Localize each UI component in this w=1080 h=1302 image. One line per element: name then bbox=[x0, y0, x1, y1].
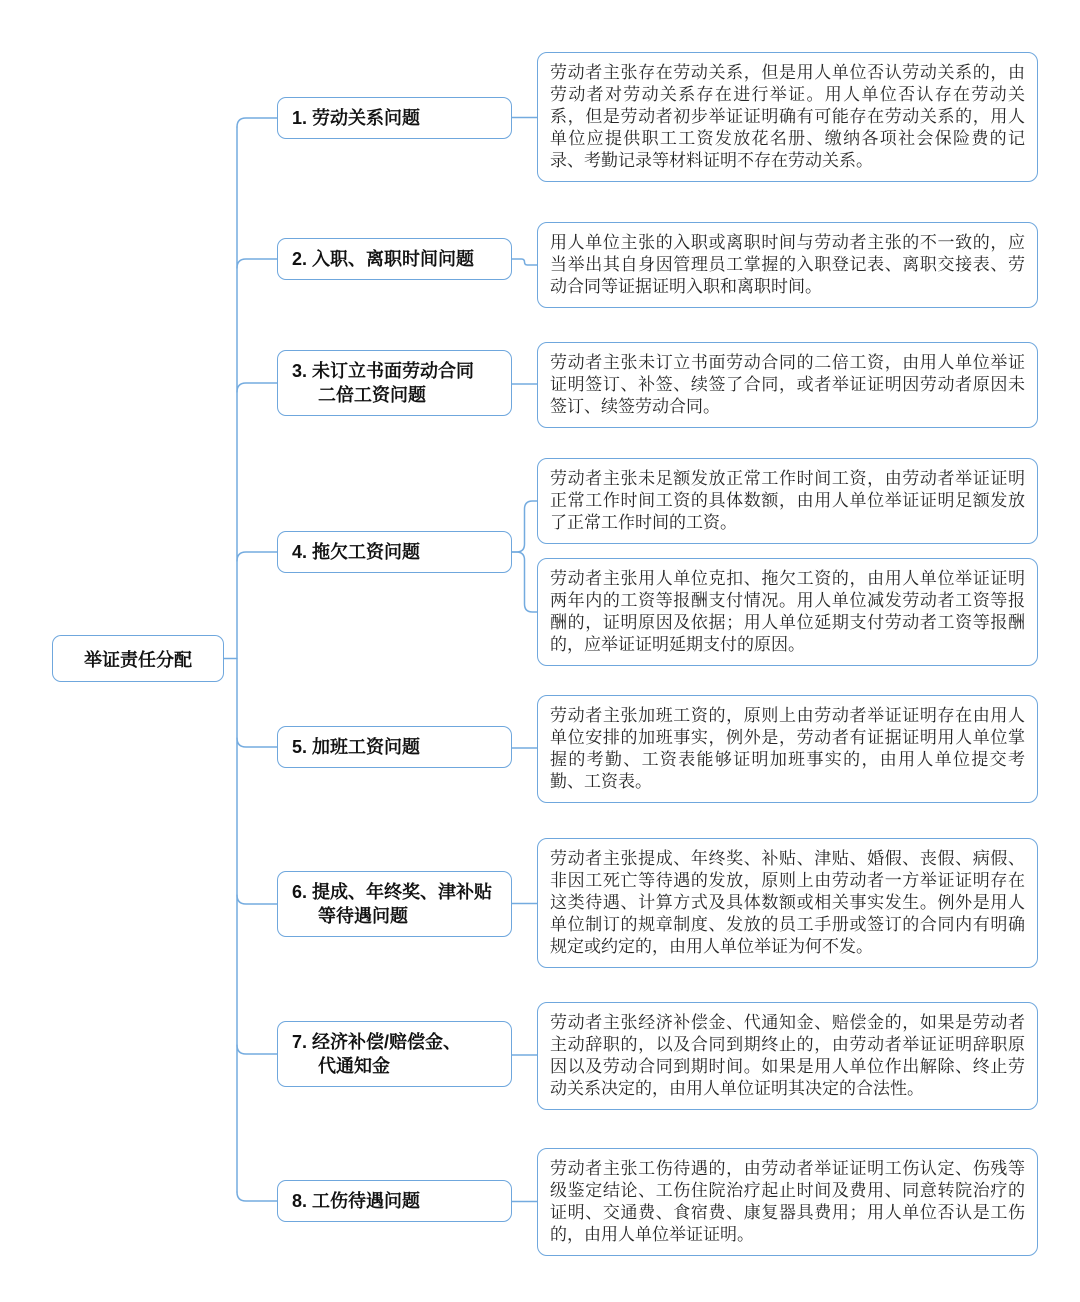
note-box-4b: 劳动者主张用人单位克扣、拖欠工资的，由用人单位举证证明两年内的工资等报酬支付情况… bbox=[537, 558, 1038, 666]
branch-node-2: 2. 入职、离职时间问题 bbox=[277, 238, 512, 280]
note-box-8: 劳动者主张工伤待遇的，由劳动者举证证明工伤认定、伤残等级鉴定结论、工伤住院治疗起… bbox=[537, 1148, 1038, 1256]
branch-node-8: 8. 工伤待遇问题 bbox=[277, 1180, 512, 1222]
note-box-6: 劳动者主张提成、年终奖、补贴、津贴、婚假、丧假、病假、非因工死亡等待遇的发放，原… bbox=[537, 838, 1038, 968]
note-box-7: 劳动者主张经济补偿金、代通知金、赔偿金的，如果是劳动者主动辞职的，以及合同到期终… bbox=[537, 1002, 1038, 1110]
note-box-3: 劳动者主张未订立书面劳动合同的二倍工资，由用人单位举证证明签订、补签、续签了合同… bbox=[537, 342, 1038, 428]
branch-node-4: 4. 拖欠工资问题 bbox=[277, 531, 512, 573]
note-box-4a: 劳动者主张未足额发放正常工作时间工资，由劳动者举证证明正常工作时间工资的具体数额… bbox=[537, 458, 1038, 544]
branch-node-6: 6. 提成、年终奖、津补贴 等待遇问题 bbox=[277, 871, 512, 937]
note-box-5: 劳动者主张加班工资的，原则上由劳动者举证证明存在由用人单位安排的加班事实，例外是… bbox=[537, 695, 1038, 803]
branch-node-5: 5. 加班工资问题 bbox=[277, 726, 512, 768]
note-box-2: 用人单位主张的入职或离职时间与劳动者主张的不一致的，应当举出其自身因管理员工掌握… bbox=[537, 222, 1038, 308]
root-node: 举证责任分配 bbox=[52, 635, 224, 682]
branch-node-3: 3. 未订立书面劳动合同 二倍工资问题 bbox=[277, 350, 512, 416]
branch-node-7: 7. 经济补偿/赔偿金、 代通知金 bbox=[277, 1021, 512, 1087]
note-box-1: 劳动者主张存在劳动关系，但是用人单位否认劳动关系的，由劳动者对劳动关系存在进行举… bbox=[537, 52, 1038, 182]
mindmap-canvas: 举证责任分配 1. 劳动关系问题 2. 入职、离职时间问题 3. 未订立书面劳动… bbox=[0, 0, 1080, 1302]
branch-node-1: 1. 劳动关系问题 bbox=[277, 97, 512, 139]
